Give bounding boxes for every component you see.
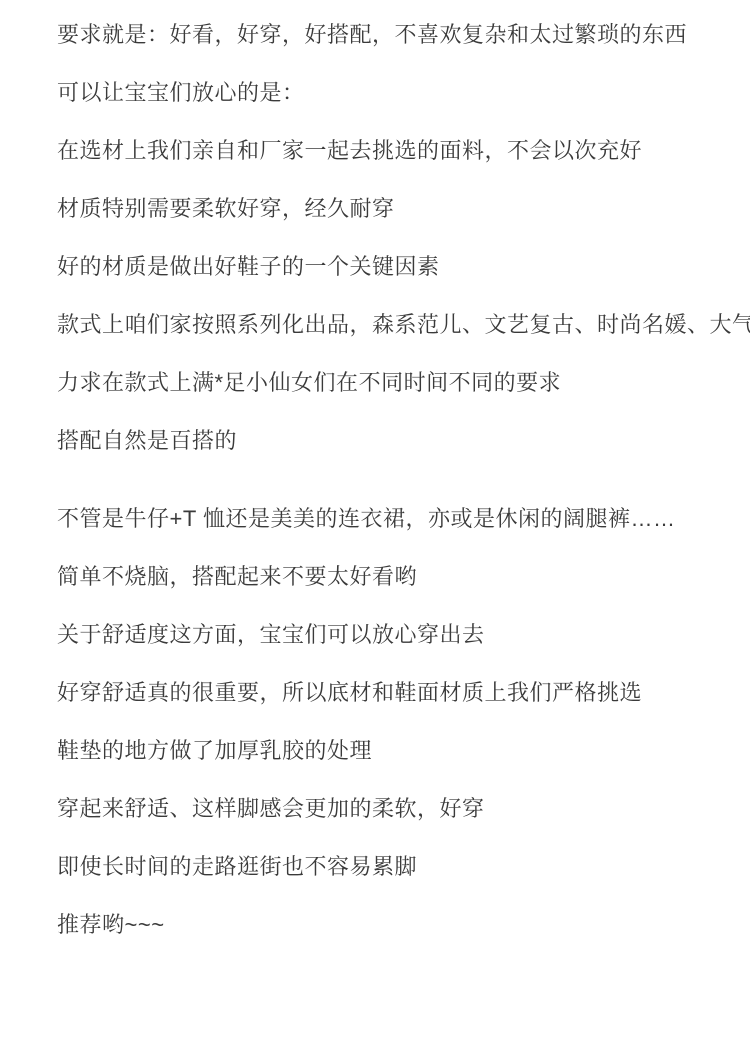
text-line: 在选材上我们亲自和厂家一起去挑选的面料，不会以次充好 [57, 136, 750, 165]
text-line: 搭配自然是百搭的 [57, 426, 750, 455]
text-line: 穿起来舒适、这样脚感会更加的柔软，好穿 [57, 794, 750, 823]
text-line: 要求就是：好看，好穿，好搭配，不喜欢复杂和太过繁琐的东西 [57, 20, 750, 49]
product-description-document: 要求就是：好看，好穿，好搭配，不喜欢复杂和太过繁琐的东西 可以让宝宝们放心的是：… [0, 0, 750, 1044]
text-line: 材质特别需要柔软好穿，经久耐穿 [57, 194, 750, 223]
text-line: 关于舒适度这方面，宝宝们可以放心穿出去 [57, 620, 750, 649]
text-line: 力求在款式上满*足小仙女们在不同时间不同的要求 [57, 368, 750, 397]
text-line: 款式上咱们家按照系列化出品，森系范儿、文艺复古、时尚名媛、大气御姐…… [57, 310, 750, 339]
text-line: 鞋垫的地方做了加厚乳胶的处理 [57, 736, 750, 765]
text-line: 简单不烧脑，搭配起来不要太好看哟 [57, 562, 750, 591]
text-line: 推荐哟~~~ [57, 910, 750, 939]
text-line: 不管是牛仔+T 恤还是美美的连衣裙，亦或是休闲的阔腿裤…… [57, 504, 750, 533]
text-line: 可以让宝宝们放心的是： [57, 78, 750, 107]
text-line: 好的材质是做出好鞋子的一个关键因素 [57, 252, 750, 281]
text-line: 即使长时间的走路逛街也不容易累脚 [57, 852, 750, 881]
text-line: 好穿舒适真的很重要，所以底材和鞋面材质上我们严格挑选 [57, 678, 750, 707]
